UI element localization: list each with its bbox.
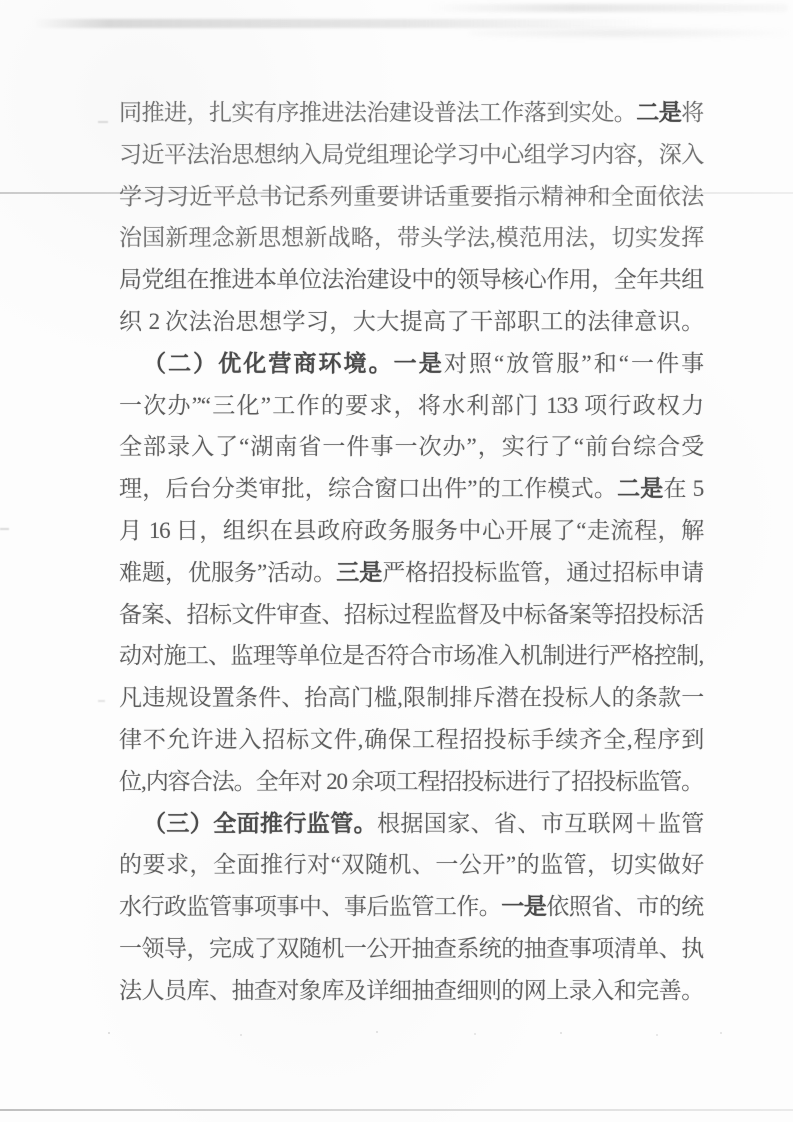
scan-hairline-lower xyxy=(0,1109,793,1111)
bold-emphasis: 二是 xyxy=(617,476,663,501)
bold-emphasis: 一是 xyxy=(394,351,444,376)
text-segment: 将 xyxy=(681,100,703,125)
text-line: 凡违规设置条件、抬高门槛,限制排斥潜在投标人的条款一 xyxy=(119,677,703,719)
text-segment: 月 16 日，组织在县政府政务服务中心开展了“走流程，解 xyxy=(119,518,703,543)
text-line: 的要求，全面推行对“双随机、一公开”的监管，切实做好 xyxy=(119,844,703,886)
text-segment: 理，后台分类审批，综合窗口出件”的工作模式。 xyxy=(119,476,617,501)
text-line: 水行政监管事项事中、事后监管工作。一是依照省、市的统 xyxy=(119,886,703,928)
text-segment: 动对施工、监理等单位是否符合市场准入机制进行严格控制, xyxy=(119,643,703,668)
text-segment: 习近平法治思想纳入局党组理论学习中心组学习内容，深入 xyxy=(119,142,703,167)
scan-dash-left-1 xyxy=(98,121,108,123)
text-segment: 对照“放管服”和“一件事 xyxy=(444,351,703,376)
text-segment: 治国新理念新思想新战略，带头学法,模范用法，切实发挥 xyxy=(119,225,703,250)
text-segment: 难题，优服务”活动。 xyxy=(119,560,336,585)
text-line: 备案、招标文件审查、招标过程监督及中标备案等招投标活 xyxy=(119,594,703,636)
text-line: 局党组在推进本单位法治建设中的领导核心作用，全年共组 xyxy=(119,259,703,301)
text-segment: 备案、招标文件审查、招标过程监督及中标备案等招投标活 xyxy=(119,602,703,627)
text-line: 习近平法治思想纳入局党组理论学习中心组学习内容，深入 xyxy=(119,134,703,176)
text-segment: 凡违规设置条件、抬高门槛,限制排斥潜在投标人的条款一 xyxy=(119,685,703,710)
text-segment: 根据国家、省、市互联网＋监管 xyxy=(377,811,703,836)
text-segment: 的要求，全面推行对“双随机、一公开”的监管，切实做好 xyxy=(119,852,703,877)
text-segment: 学习习近平总书记系列重要讲话重要指示精神和全面依法 xyxy=(119,184,703,209)
text-segment: 局党组在推进本单位法治建设中的领导核心作用，全年共组 xyxy=(119,267,703,292)
text-segment: 同推进，扎实有序推进法治建设普法工作落到实处。 xyxy=(119,100,636,125)
text-line: 理，后台分类审批，综合窗口出件”的工作模式。二是在 5 xyxy=(119,468,703,510)
bold-emphasis: （二）优化营商环境。 xyxy=(143,351,394,376)
text-line: 一次办”“三化”工作的要求，将水利部门 133 项行政权力 xyxy=(119,385,703,427)
paragraph-heading-line: （三）全面推行监管。根据国家、省、市互联网＋监管 xyxy=(119,803,703,845)
text-segment: 依照省、市的统 xyxy=(546,894,703,919)
text-line: 治国新理念新思想新战略，带头学法,模范用法，切实发挥 xyxy=(119,217,703,259)
scan-smudge-top-left xyxy=(33,19,653,28)
text-segment: 一领导，完成了双随机一公开抽查系统的抽查事项清单、执 xyxy=(119,936,703,961)
text-line: 月 16 日，组织在县政府政务服务中心开展了“走流程，解 xyxy=(119,510,703,552)
scan-dash-left-2 xyxy=(0,528,9,530)
text-line: 法人员库、抽查对象库及详细抽查细则的网上录入和完善。 xyxy=(119,970,703,1012)
text-line: 织 2 次法治思想学习，大大提高了干部职工的法律意识。 xyxy=(119,301,703,343)
scan-speck-row xyxy=(108,1032,110,1034)
scanned-document-page: 同推进，扎实有序推进法治建设普法工作落到实处。二是将习近平法治思想纳入局党组理论… xyxy=(0,0,793,1122)
text-line: 律不允许进入招标文件,确保工程招投标手续齐全,程序到 xyxy=(119,719,703,761)
text-line: 学习习近平总书记系列重要讲话重要指示精神和全面依法 xyxy=(119,176,703,218)
text-line: 难题，优服务”活动。三是严格招投标监管，通过招标申请 xyxy=(119,552,703,594)
bold-emphasis: 三是 xyxy=(336,560,382,585)
bold-emphasis: 二是 xyxy=(636,100,681,125)
paragraph-heading-line: （二）优化营商环境。一是对照“放管服”和“一件事 xyxy=(119,343,703,385)
text-segment: 律不允许进入招标文件,确保工程招投标手续齐全,程序到 xyxy=(119,727,703,752)
text-line: 一领导，完成了双随机一公开抽查系统的抽查事项清单、执 xyxy=(119,928,703,970)
scan-smudge-top-right xyxy=(428,4,788,12)
text-segment: 织 2 次法治思想学习，大大提高了干部职工的法律意识。 xyxy=(119,309,703,334)
text-segment: 位,内容合法。全年对 20 余项工程招投标进行了招投标监管。 xyxy=(119,769,703,794)
bold-emphasis: 一是 xyxy=(501,894,546,919)
bold-emphasis: （三）全面推行监管。 xyxy=(143,811,377,836)
text-line: 动对施工、监理等单位是否符合市场准入机制进行严格控制, xyxy=(119,635,703,677)
text-segment: 全部录入了“湖南省一件事一次办”，实行了“前台综合受 xyxy=(119,434,703,459)
scan-smudge-top-right-2 xyxy=(470,27,790,39)
text-line: 同推进，扎实有序推进法治建设普法工作落到实处。二是将 xyxy=(119,92,703,134)
scan-dash-left-3 xyxy=(98,700,105,702)
text-segment: 水行政监管事项事中、事后监管工作。 xyxy=(119,894,501,919)
text-line: 全部录入了“湖南省一件事一次办”，实行了“前台综合受 xyxy=(119,426,703,468)
text-segment: 严格招投标监管，通过招标申请 xyxy=(382,560,703,585)
text-segment: 一次办”“三化”工作的要求，将水利部门 133 项行政权力 xyxy=(119,393,703,418)
text-block: 同推进，扎实有序推进法治建设普法工作落到实处。二是将习近平法治思想纳入局党组理论… xyxy=(119,92,703,1012)
text-line: 位,内容合法。全年对 20 余项工程招投标进行了招投标监管。 xyxy=(119,761,703,803)
text-segment: 在 5 xyxy=(664,476,704,501)
text-segment: 法人员库、抽查对象库及详细抽查细则的网上录入和完善。 xyxy=(119,978,703,1003)
